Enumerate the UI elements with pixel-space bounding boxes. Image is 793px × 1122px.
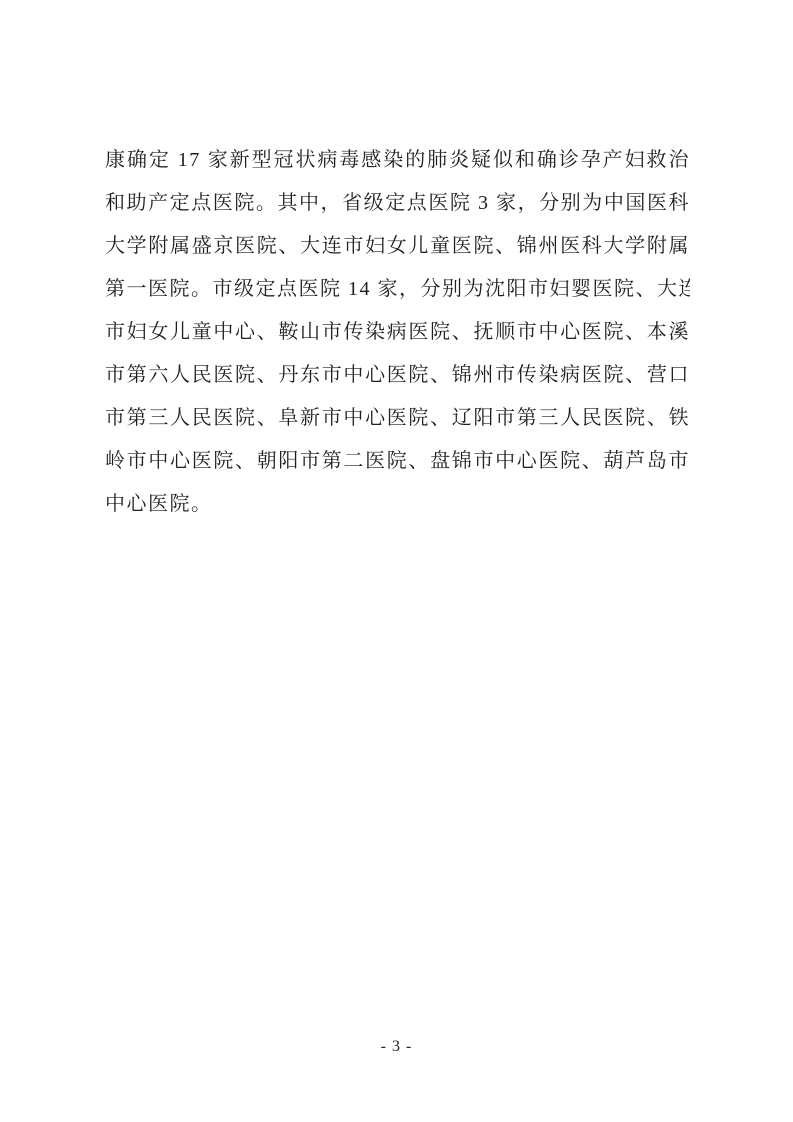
text-line: 市妇女儿童中心、鞍山市传染病医院、抚顺市中心医院、本溪	[105, 311, 690, 354]
body-paragraph: 康确定 17 家新型冠状病毒感染的肺炎疑似和确诊孕产妇救治 和助产定点医院。其中…	[105, 139, 690, 526]
text-line: 和助产定点医院。其中，省级定点医院 3 家，分别为中国医科	[105, 182, 690, 225]
text-line: 第一医院。市级定点医院 14 家，分别为沈阳市妇婴医院、大连	[105, 268, 690, 311]
text-line: 岭市中心医院、朝阳市第二医院、盘锦市中心医院、葫芦岛市	[105, 440, 690, 483]
text-line: 大学附属盛京医院、大连市妇女儿童医院、锦州医科大学附属	[105, 225, 690, 268]
document-page: 康确定 17 家新型冠状病毒感染的肺炎疑似和确诊孕产妇救治 和助产定点医院。其中…	[0, 0, 793, 1122]
text-line: 康确定 17 家新型冠状病毒感染的肺炎疑似和确诊孕产妇救治	[105, 139, 690, 182]
text-line: 市第六人民医院、丹东市中心医院、锦州市传染病医院、营口	[105, 354, 690, 397]
text-line: 市第三人民医院、阜新市中心医院、辽阳市第三人民医院、铁	[105, 397, 690, 440]
page-number: - 3 -	[0, 1038, 793, 1056]
text-line: 中心医院。	[105, 483, 690, 526]
